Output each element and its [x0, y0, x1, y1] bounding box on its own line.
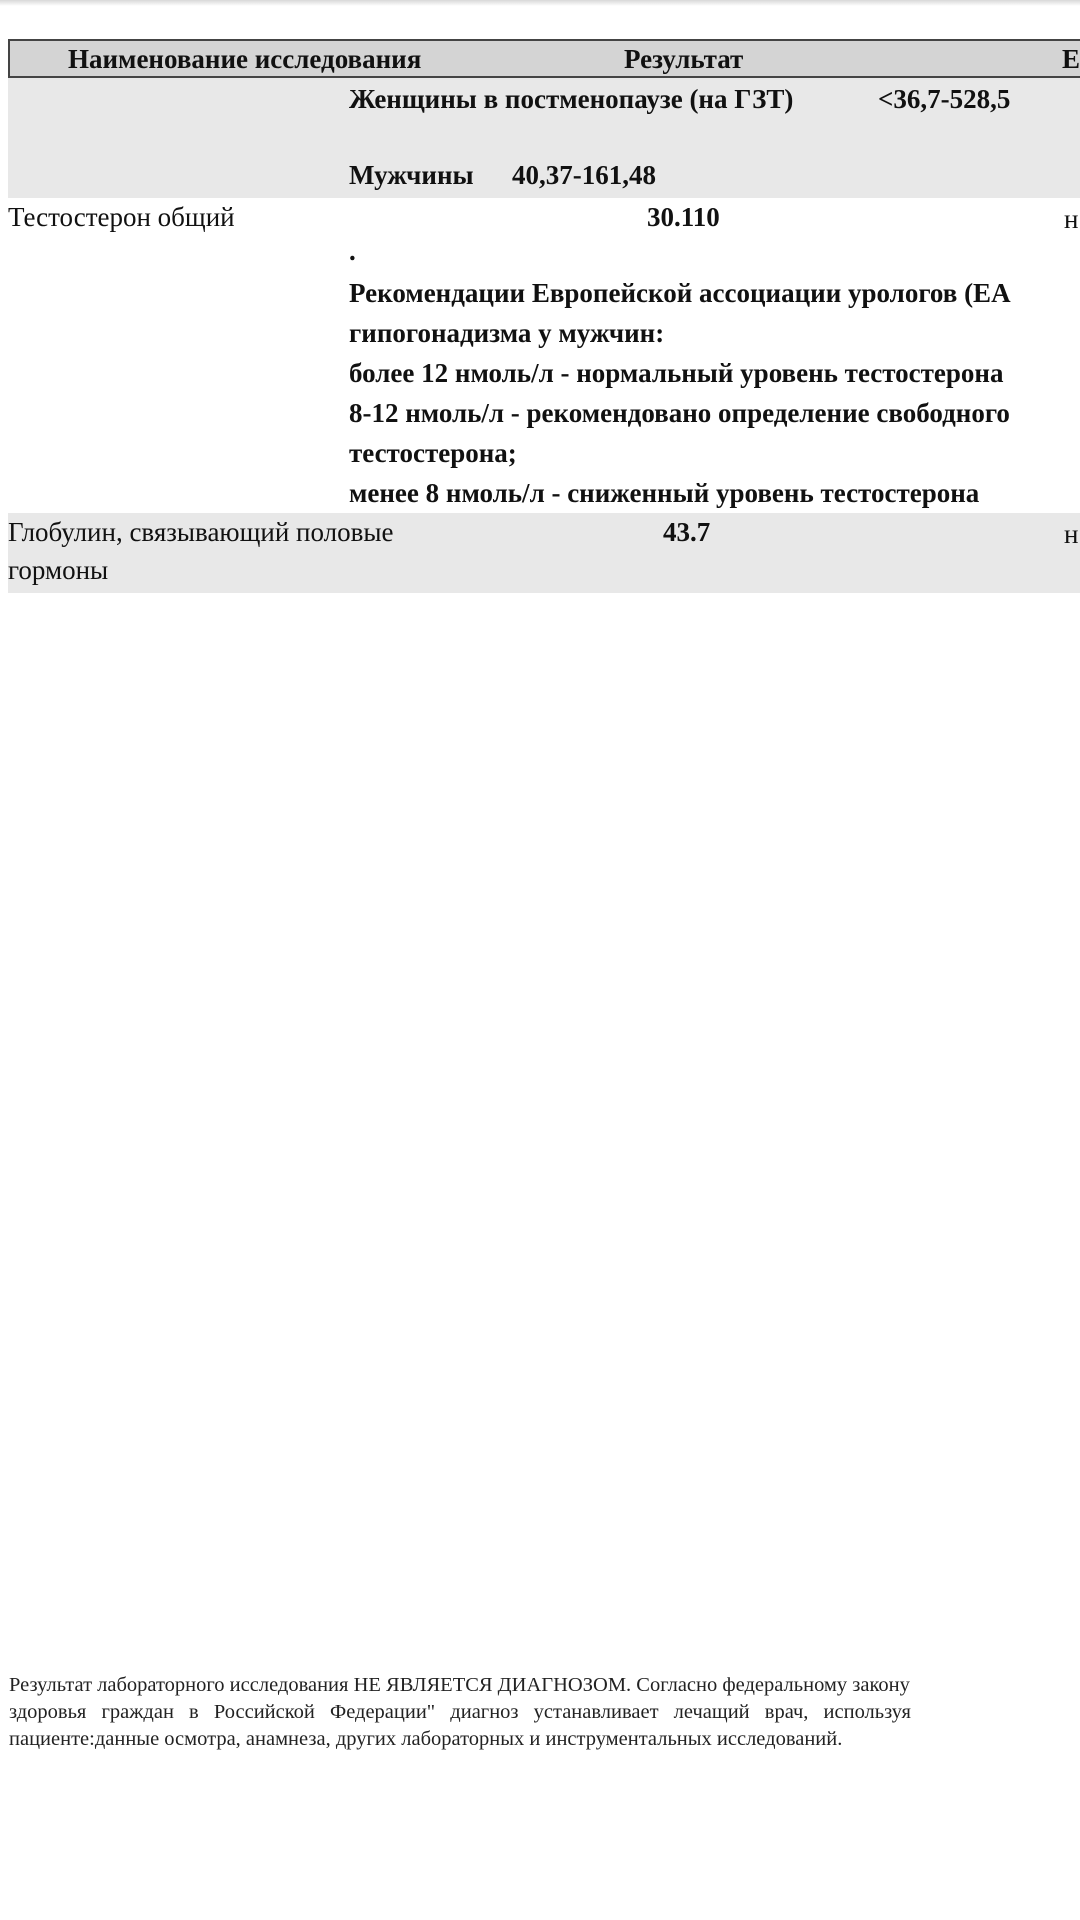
test-name: Глобулин, связывающий половые: [8, 517, 393, 548]
disclaimer: Результат лабораторного исследования НЕ …: [9, 1672, 1080, 1753]
note-line: тестостерона;: [349, 438, 517, 469]
note-line: гипогонадизма у мужчин:: [349, 318, 664, 349]
note-line: Рекомендации Европейской ассоциации урол…: [349, 278, 1011, 309]
reference-men-label: Мужчины: [349, 160, 474, 191]
test-unit: н: [1064, 204, 1078, 235]
note-line: более 12 нмоль/л - нормальный уровень те…: [349, 358, 1003, 389]
test-name-continued: гормоны: [8, 555, 108, 586]
disclaimer-line: пациенте:данные осмотра, анамнеза, други…: [9, 1726, 1080, 1753]
reference-women-label: Женщины в постменопаузе (на ГЗТ): [349, 84, 793, 115]
table-row: Тестостерон общий 30.110 н . Рекомендаци…: [8, 198, 1080, 513]
reference-men-range: 40,37-161,48: [512, 160, 656, 191]
table-row: Глобулин, связывающий половые гормоны 43…: [8, 513, 1080, 593]
note-line: 8-12 нмоль/л - рекомендовано определение…: [349, 398, 1010, 429]
reference-range-row: Женщины в постменопаузе (на ГЗТ) <36,7-5…: [8, 78, 1080, 198]
header-unit: Е: [1062, 44, 1080, 75]
reference-women-range: <36,7-528,5: [878, 84, 1010, 115]
header-result: Результат: [624, 44, 743, 75]
test-unit: н: [1064, 519, 1078, 550]
table-header: Наименование исследования Результат Е: [8, 39, 1080, 78]
test-result: 30.110: [647, 202, 720, 233]
test-name: Тестостерон общий: [8, 202, 235, 233]
disclaimer-line: Результат лабораторного исследования НЕ …: [9, 1672, 1080, 1699]
page-top-shadow: [0, 0, 1080, 6]
note-line: менее 8 нмоль/л - сниженный уровень тест…: [349, 478, 979, 509]
note-dot: .: [349, 236, 356, 267]
header-test-name: Наименование исследования: [68, 44, 421, 75]
results-table: Наименование исследования Результат Е Же…: [8, 39, 1080, 593]
disclaimer-line: здоровья граждан в Российской Федерации"…: [9, 1699, 1080, 1726]
test-result: 43.7: [663, 517, 710, 548]
